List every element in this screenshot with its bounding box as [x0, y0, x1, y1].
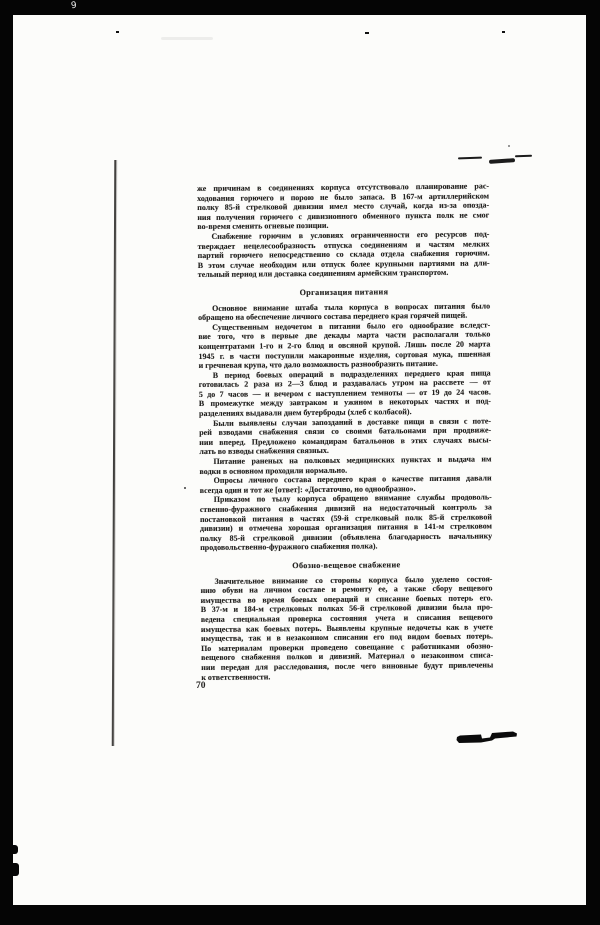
paragraph: Были выявлены случаи запозданий в достав… — [199, 416, 491, 457]
scan-edge-artifact — [13, 863, 19, 876]
book-page: же причинам в соединениях корпуса отсутс… — [13, 15, 586, 905]
border-glyph-artifact: 9 — [70, 1, 77, 12]
paragraph: Существенным недочетом в питании было ег… — [198, 320, 490, 371]
paragraph: же причинам в соединениях корпуса отсутс… — [197, 181, 489, 232]
paragraph: Снабжение горючим в условиях ограниченно… — [197, 229, 489, 280]
paragraph: Значительное внимание со стороны корпуса… — [200, 574, 493, 682]
scan-edge-artifact — [13, 845, 18, 854]
text-line: тельный период или доставка соединениям … — [198, 268, 490, 280]
ink-dot-artifact — [184, 487, 186, 489]
ink-dash-artifact — [458, 157, 482, 160]
smudge-artifact — [161, 37, 213, 40]
text-line: к ответственности. — [201, 670, 493, 682]
scan-speck — [365, 32, 369, 34]
section-heading: Обозно-вещевое снабжение — [200, 559, 492, 571]
ink-dot-artifact — [508, 145, 510, 147]
scanned-document: же причинам в соединениях корпуса отсутс… — [0, 0, 600, 925]
page-crease-line — [112, 160, 117, 746]
section-heading: Организация питания — [198, 286, 490, 298]
paragraph: Основное внимание штаба тыла корпуса в в… — [198, 301, 490, 323]
page-number: 70 — [196, 681, 206, 691]
paragraph: Питание раненых на полковых медицинских … — [199, 454, 491, 476]
ink-dash-artifact — [515, 155, 532, 158]
paragraph: Приказом по тылу корпуса обращено вниман… — [200, 493, 492, 553]
ink-blob-artifact — [455, 730, 519, 746]
paragraph: В период боевых операций в подразделения… — [199, 368, 491, 419]
scan-speck — [502, 31, 505, 33]
paragraph: Опросы личного состава переднего края о … — [200, 474, 492, 496]
text-line: продовольственно-фуражного снабжения пол… — [200, 541, 492, 553]
text-block: же причинам в соединениях корпуса отсутс… — [197, 181, 493, 682]
ink-dash-artifact — [489, 158, 515, 163]
scan-speck — [116, 31, 119, 33]
